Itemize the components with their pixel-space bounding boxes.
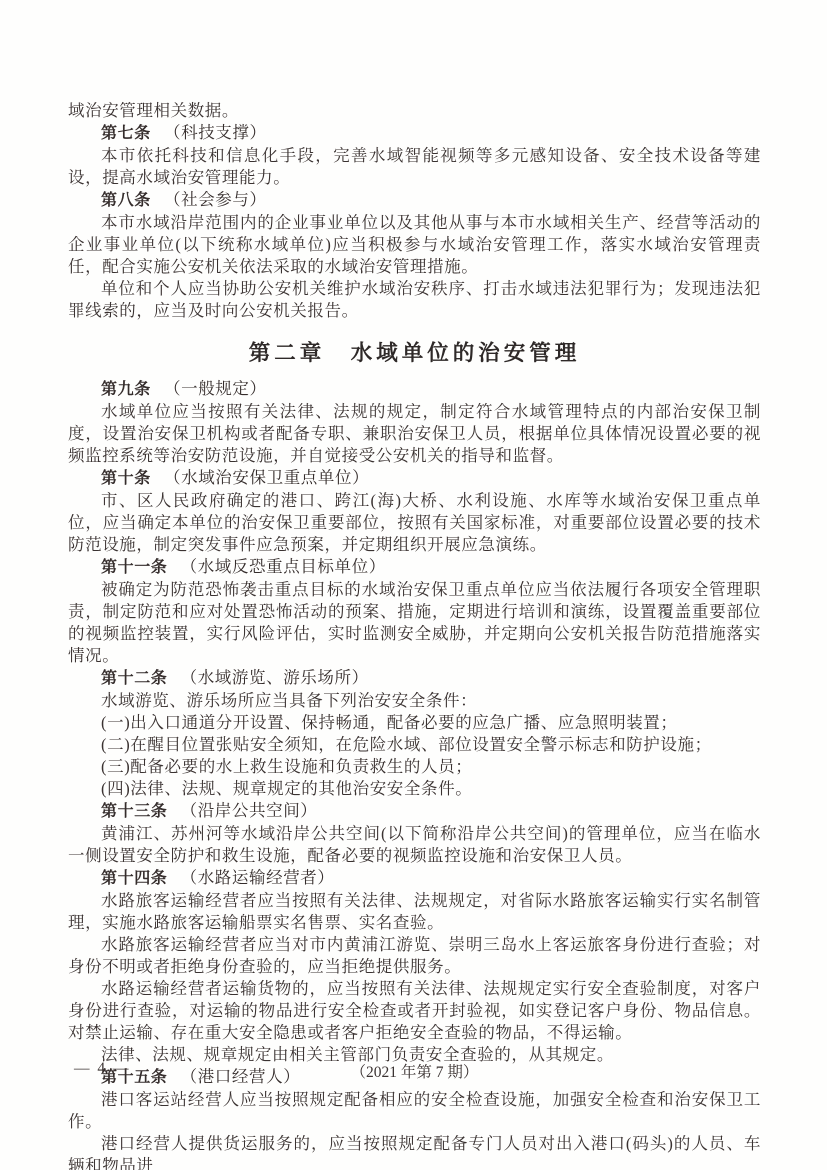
paragraph: 本市依托科技和信息化手段，完善水域智能视频等多元感知设备、安全技术设备等建设，提… — [68, 145, 761, 189]
article-title: （水域反恐重点目标单位） — [181, 557, 386, 576]
article-title: （社会参与） — [164, 190, 267, 209]
article-title: （科技支撑） — [164, 123, 267, 142]
paragraph: 市、区人民政府确定的港口、跨江(海)大桥、水利设施、水库等水域治安保卫重点单位，… — [68, 490, 761, 556]
list-item: (一)出入口通道分开设置、保持畅通，配备必要的应急广播、应急照明装置； — [68, 712, 761, 734]
article-heading: 第十三条（沿岸公共空间） — [68, 800, 761, 823]
article-heading: 第八条（社会参与） — [68, 189, 761, 212]
article-number: 第十三条 — [101, 803, 167, 820]
article-number: 第十一条 — [101, 559, 167, 576]
article-heading: 第十条（水域治安保卫重点单位） — [68, 467, 761, 490]
issue-label: （2021 年第 7 期） — [351, 1064, 479, 1081]
paragraph: 黄浦江、苏州河等水域沿岸公共空间(以下简称沿岸公共空间)的管理单位，应当在临水一… — [68, 823, 761, 867]
list-item: (三)配备必要的水上救生设施和负责救生的人员； — [68, 756, 761, 778]
page-number: — 4 — — [74, 1060, 131, 1078]
paragraph: 被确定为防范恐怖袭击重点目标的水域治安保卫重点单位应当依法履行各项安全管理职责，… — [68, 579, 761, 667]
list-item: (二)在醒目位置张贴安全须知，在危险水域、部位设置安全警示标志和防护设施； — [68, 734, 761, 756]
list-item: (四)法律、法规、规章规定的其他治安安全条件。 — [68, 778, 761, 800]
paragraph: 水路旅客运输经营者应当按照有关法律、法规规定，对省际水路旅客运输实行实名制管理，… — [68, 890, 761, 934]
article-title: （水域游览、游乐场所） — [181, 668, 369, 687]
page-footer: — 4 — （2021 年第 7 期） — [68, 1060, 761, 1082]
article-heading: 第十一条（水域反恐重点目标单位） — [68, 556, 761, 579]
article-title: （水路运输经营者） — [181, 868, 335, 887]
paragraph: 港口客运站经营人应当按照规定配备相应的安全检查设施，加强安全检查和治安保卫工作。 — [68, 1089, 761, 1133]
article-title: （沿岸公共空间） — [181, 801, 318, 820]
document-body: 域治安管理相关数据。 第七条（科技支撑） 本市依托科技和信息化手段，完善水域智能… — [68, 100, 761, 1170]
document-page: 域治安管理相关数据。 第七条（科技支撑） 本市依托科技和信息化手段，完善水域智能… — [0, 0, 827, 1170]
article-number: 第八条 — [101, 192, 151, 209]
paragraph: 水域游览、游乐场所应当具备下列治安安全条件： — [68, 690, 761, 712]
article-title: （水域治安保卫重点单位） — [164, 468, 369, 487]
article-number: 第七条 — [101, 125, 151, 142]
paragraph: 港口经营人提供货运服务的，应当按照规定配备专门人员对出入港口(码头)的人员、车辆… — [68, 1133, 761, 1170]
article-heading: 第十四条（水路运输经营者） — [68, 867, 761, 890]
article-number: 第九条 — [101, 381, 151, 398]
article-number: 第十四条 — [101, 870, 167, 887]
paragraph: 水路旅客运输经营者应当对市内黄浦江游览、崇明三岛水上客运旅客身份进行查验；对身份… — [68, 934, 761, 978]
article-heading: 第九条（一般规定） — [68, 378, 761, 401]
article-heading: 第七条（科技支撑） — [68, 122, 761, 145]
paragraph: 本市水域沿岸范围内的企业事业单位以及其他从事与本市水域相关生产、经营等活动的企业… — [68, 212, 761, 278]
chapter-heading: 第二章 水域单位的治安管理 — [68, 336, 761, 367]
article-number: 第十二条 — [101, 670, 167, 687]
article-number: 第十条 — [101, 470, 151, 487]
paragraph: 水路运输经营者运输货物的，应当按照有关法律、法规规定实行安全查验制度，对客户身份… — [68, 978, 761, 1044]
paragraph: 域治安管理相关数据。 — [68, 100, 761, 122]
article-heading: 第十二条（水域游览、游乐场所） — [68, 667, 761, 690]
paragraph: 水域单位应当按照有关法律、法规的规定，制定符合水域管理特点的内部治安保卫制度，设… — [68, 401, 761, 467]
paragraph: 单位和个人应当协助公安机关维护水域治安秩序、打击水域违法犯罪行为；发现违法犯罪线… — [68, 278, 761, 322]
article-title: （一般规定） — [164, 379, 267, 398]
